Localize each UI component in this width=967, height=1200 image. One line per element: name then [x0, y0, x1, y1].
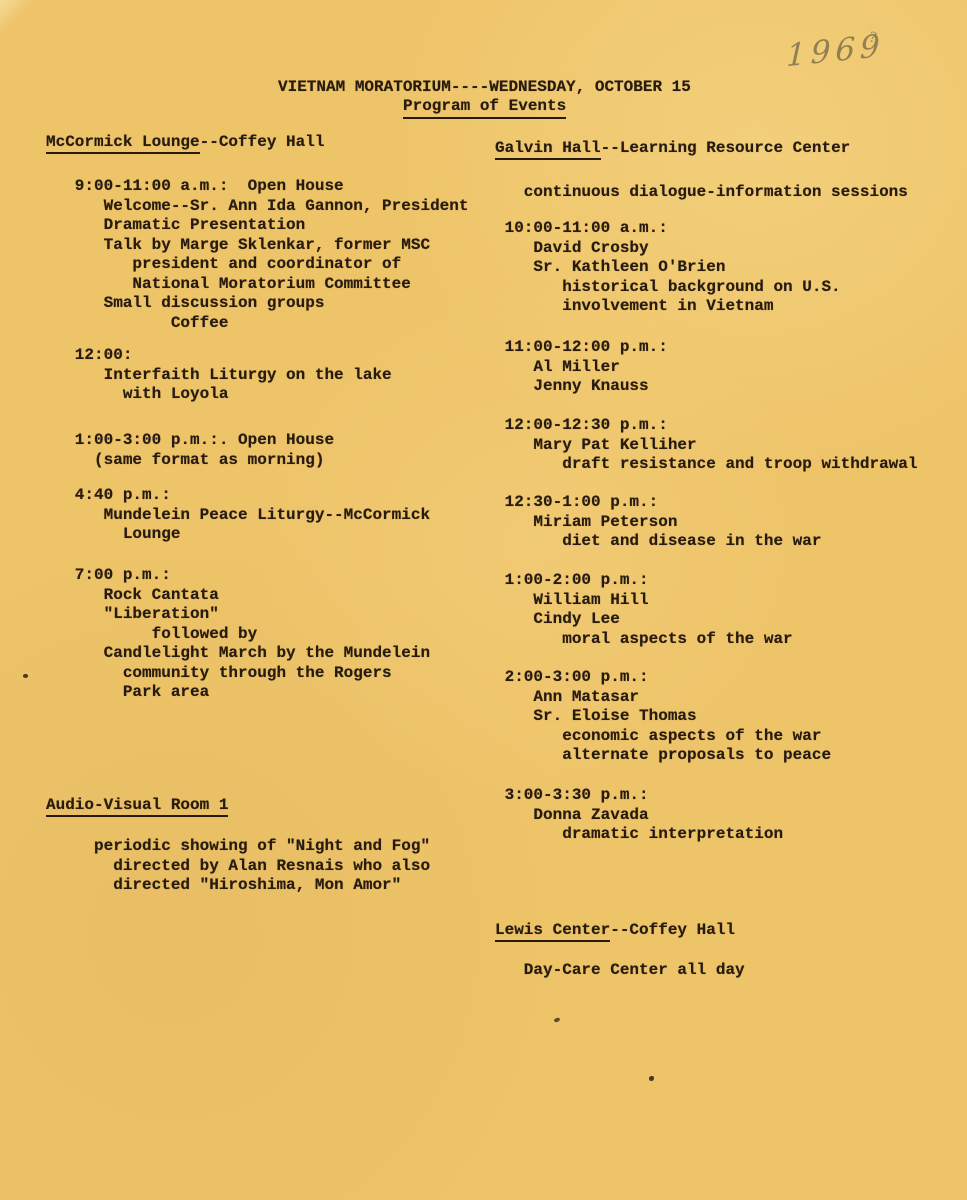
section-heading-rest: --Coffey Hall [610, 921, 735, 939]
section-heading: Galvin Hall--Learning Resource Center [495, 139, 850, 159]
schedule-block: continuous dialogue-information sessions [495, 183, 908, 203]
schedule-block: 12:00: Interfaith Liturgy on the lake wi… [46, 346, 392, 405]
schedule-block: 11:00-12:00 p.m.: Al Miller Jenny Knauss [495, 338, 668, 397]
section-heading: Lewis Center--Coffey Hall [495, 921, 735, 941]
schedule-block: Day-Care Center all day [495, 961, 745, 981]
section-heading-underlined: Galvin Hall [495, 139, 601, 160]
schedule-block: 12:30-1:00 p.m.: Miriam Peterson diet an… [495, 493, 821, 552]
schedule-block: 9:00-11:00 a.m.: Open House Welcome--Sr.… [46, 177, 468, 333]
schedule-block: 3:00-3:30 p.m.: Donna Zavada dramatic in… [495, 786, 783, 845]
schedule-block: 2:00-3:00 p.m.: Ann Matasar Sr. Eloise T… [495, 668, 831, 766]
schedule-block: periodic showing of "Night and Fog" dire… [46, 837, 430, 896]
section-heading-underlined: Audio-Visual Room 1 [46, 796, 228, 817]
schedule-block: 1:00-3:00 p.m.:. Open House (same format… [46, 431, 334, 470]
section-heading-underlined: Lewis Center [495, 921, 610, 942]
schedule-block: 1:00-2:00 p.m.: William Hill Cindy Lee m… [495, 571, 793, 649]
section-heading-rest: --Coffey Hall [200, 133, 325, 151]
schedule-block: 4:40 p.m.: Mundelein Peace Liturgy--McCo… [46, 486, 430, 545]
section-heading-rest: --Learning Resource Center [601, 139, 851, 157]
schedule-block: 12:00-12:30 p.m.: Mary Pat Kelliher draf… [495, 416, 917, 475]
schedule-block: 7:00 p.m.: Rock Cantata "Liberation" fol… [46, 566, 430, 703]
section-heading: McCormick Lounge--Coffey Hall [46, 133, 324, 153]
section-heading-underlined: McCormick Lounge [46, 133, 200, 154]
schedule-block: 10:00-11:00 a.m.: David Crosby Sr. Kathl… [495, 219, 841, 317]
section-heading: Audio-Visual Room 1 [46, 796, 228, 816]
column-right: Galvin Hall--Learning Resource Center co… [495, 0, 965, 1200]
column-left: McCormick Lounge--Coffey Hall 9:00-11:00… [46, 0, 491, 1200]
